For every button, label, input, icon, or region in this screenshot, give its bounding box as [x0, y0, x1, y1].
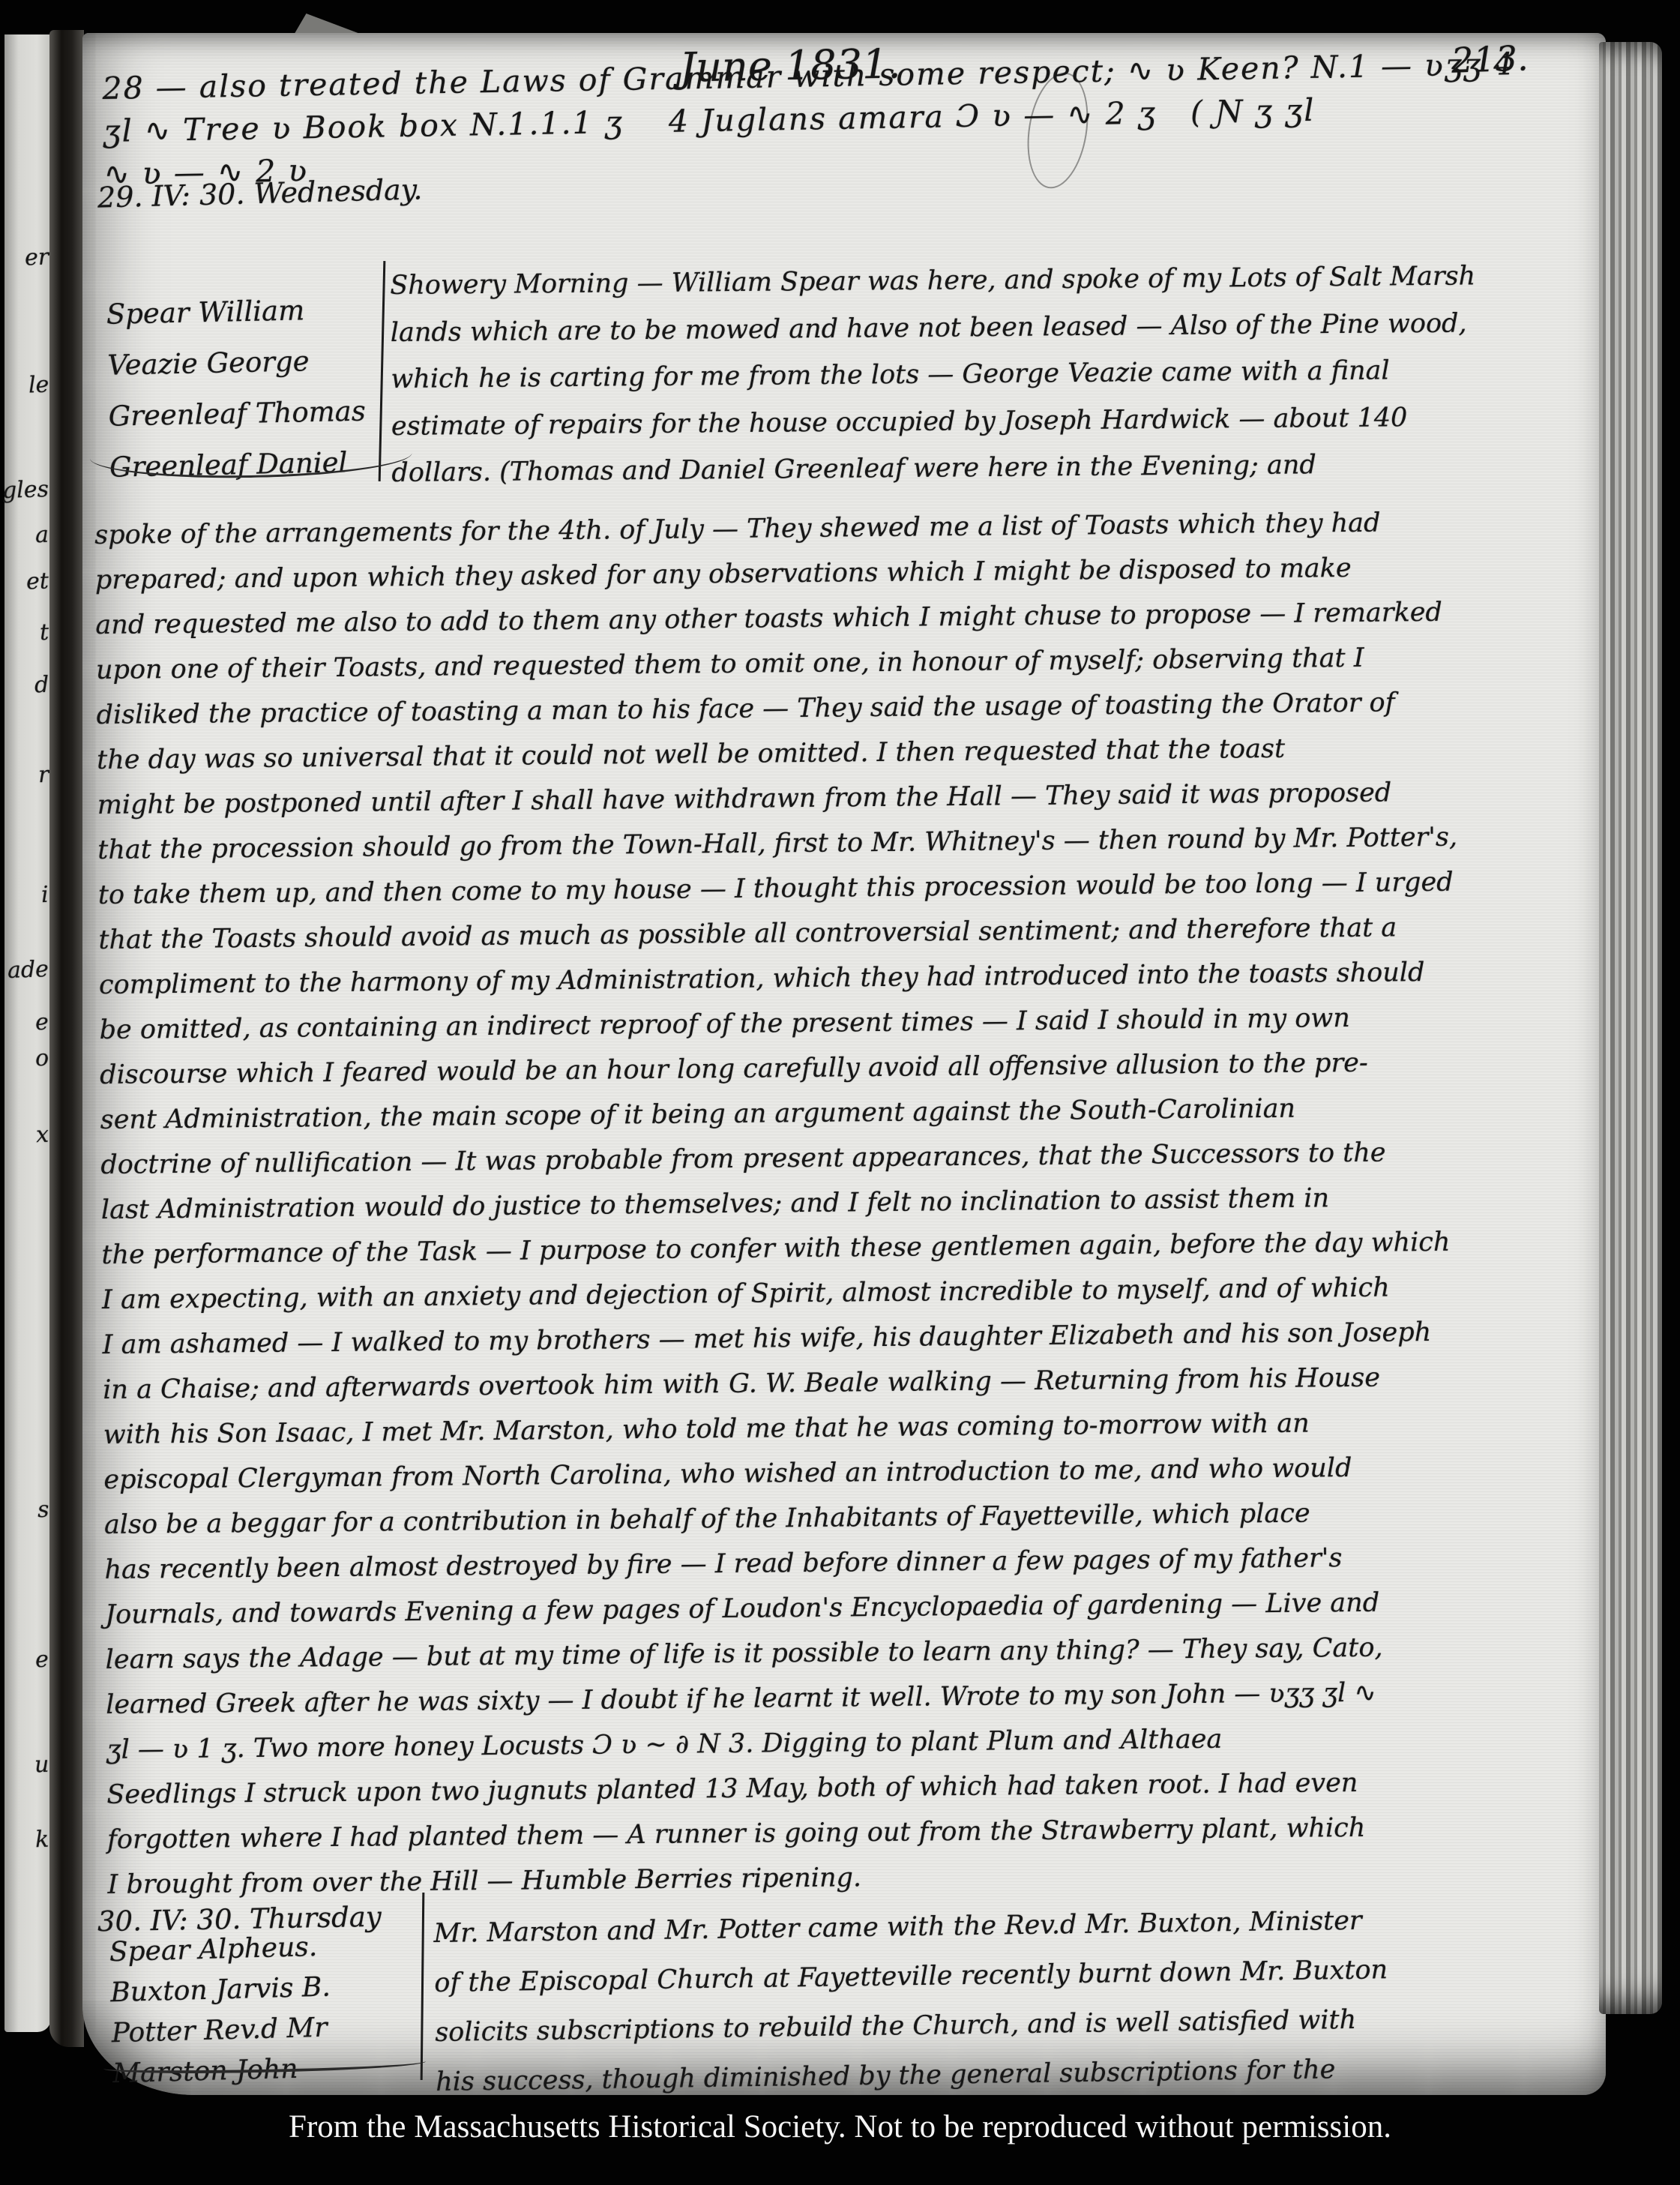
- margin-fragment: er: [24, 244, 49, 271]
- margin-fragment: ade: [7, 956, 49, 984]
- margin-fragment: k: [34, 1827, 49, 1854]
- margin-fragment: gles: [1, 476, 49, 504]
- margin-fragment: e: [35, 1647, 49, 1674]
- margin-fragment: e: [35, 1009, 49, 1036]
- entry-28-continuation: 28 — also treated the Laws of Grammar wi…: [102, 43, 1517, 196]
- diary-page: June 1831. 213. 28 — also treated the La…: [82, 33, 1606, 2095]
- entry-30-body: Mr. Marston and Mr. Potter came with the…: [433, 1893, 1606, 2107]
- margin-fragment: et: [26, 568, 49, 595]
- margin-fragment: r: [37, 762, 49, 788]
- manuscript-scan: erleglesaettdriadeeoxseuk June 1831. 213…: [0, 0, 1680, 2185]
- entry-29-opening: Showery Morning — William Spear was here…: [390, 252, 1603, 497]
- margin-fragment: a: [35, 522, 49, 549]
- previous-page-edge: erleglesaettdriadeeoxseuk: [4, 34, 51, 2032]
- margin-fragment: d: [34, 672, 49, 699]
- book-fore-edge: [1599, 42, 1662, 2014]
- margin-fragment: o: [34, 1045, 49, 1072]
- margin-fragment: le: [28, 372, 49, 399]
- margin-fragment: i: [41, 882, 49, 908]
- entry-30-names-rule: [421, 1893, 425, 2080]
- entry-29-names-rule: [379, 261, 386, 481]
- binding-gutter: [49, 30, 84, 2047]
- archive-credit: From the Massachusetts Historical Societ…: [0, 2109, 1680, 2145]
- entry-29-body: spoke of the arrangements for the 4th. o…: [94, 499, 1607, 1908]
- margin-fragment: s: [37, 1497, 49, 1524]
- visitor-name: Veazie George: [107, 334, 378, 391]
- entry-29-line: dollars. (Thomas and Daniel Greenleaf we…: [391, 439, 1602, 497]
- margin-fragment: t: [39, 619, 49, 646]
- margin-fragment: x: [35, 1122, 49, 1149]
- visitor-name: Spear William: [106, 283, 376, 340]
- visitor-name: Greenleaf Thomas: [108, 385, 379, 442]
- margin-fragment: u: [34, 1752, 49, 1779]
